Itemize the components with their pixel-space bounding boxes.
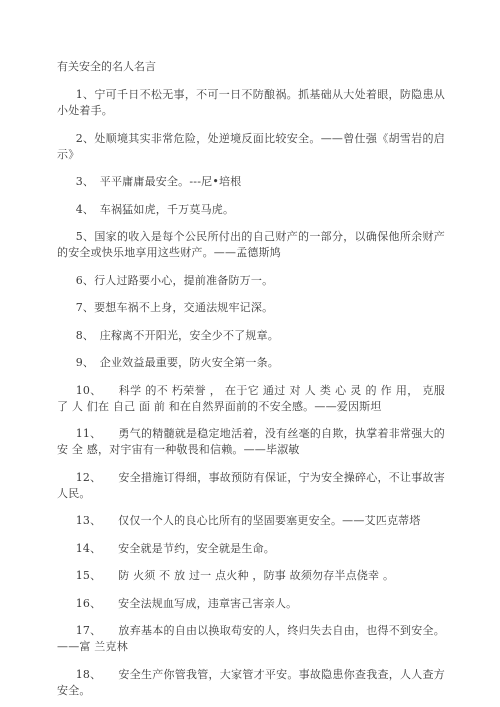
quote-paragraph: 3、 平平庸庸最安全。---尼•培根	[57, 174, 445, 190]
quote-paragraph: 18、 安全生产你管我管，大家管才平安。事故隐患你查我查，人人查方安全。	[57, 667, 445, 699]
quote-paragraph: 7、要想车祸不上身，交通法规牢记深。	[57, 300, 445, 316]
quote-paragraph: 8、 庄稼离不开阳光，安全少不了规章。	[57, 328, 445, 344]
quote-paragraph: 17、 放弃基本的自由以换取苟安的人，终归失去自由，也得不到安全。——富 兰克林	[57, 623, 445, 655]
quote-paragraph: 1、宁可千日不松无事，不可一日不防酿祸。抓基础从大处着眼，防隐患从小处着手。	[57, 87, 445, 119]
quote-paragraph: 16、 安全法规血写成，违章害己害亲人。	[57, 596, 445, 612]
document-page: 有关安全的名人名言 1、宁可千日不松无事，不可一日不防酿祸。抓基础从大处着眼，防…	[0, 0, 500, 707]
quote-paragraph: 12、 安全措施订得细，事故预防有保证，宁为安全操碎心，不让事故害人民。	[57, 470, 445, 502]
quote-paragraph: 4、 车祸猛如虎，千万莫马虎。	[57, 202, 445, 218]
quote-paragraph: 11、 勇气的精髓就是稳定地活着，没有丝毫的自欺，执掌着非常强大的安 全 感，对…	[57, 426, 445, 458]
quote-paragraph: 6、行人过路要小心，提前准备防万一。	[57, 273, 445, 289]
document-body: 1、宁可千日不松无事，不可一日不防酿祸。抓基础从大处着眼，防隐患从小处着手。2、…	[57, 87, 445, 699]
quote-paragraph: 14、 安全就是节约，安全就是生命。	[57, 541, 445, 557]
quote-paragraph: 15、 防 火须 不 放 过一 点火种 ，防事 故须勿存半点侥幸 。	[57, 568, 445, 584]
quote-paragraph: 5、国家的收入是每个公民所付出的自己财产的一部分，以确保他所余财产的安全或快乐地…	[57, 229, 445, 261]
quote-paragraph: 2、处顺境其实非常危险，处逆境反面比较安全。——曾仕强《胡雪岩的启示》	[57, 131, 445, 163]
quote-paragraph: 9、 企业效益最重要，防火安全第一条。	[57, 355, 445, 371]
document-title: 有关安全的名人名言	[57, 59, 445, 75]
quote-paragraph: 10、 科学 的不 朽荣誉 ， 在于它 通过 对 人 类 心 灵 的 作 用， …	[57, 383, 445, 415]
quote-paragraph: 13、 仅仅一个人的良心比所有的坚固要塞更安全。——艾匹克蒂塔	[57, 513, 445, 529]
